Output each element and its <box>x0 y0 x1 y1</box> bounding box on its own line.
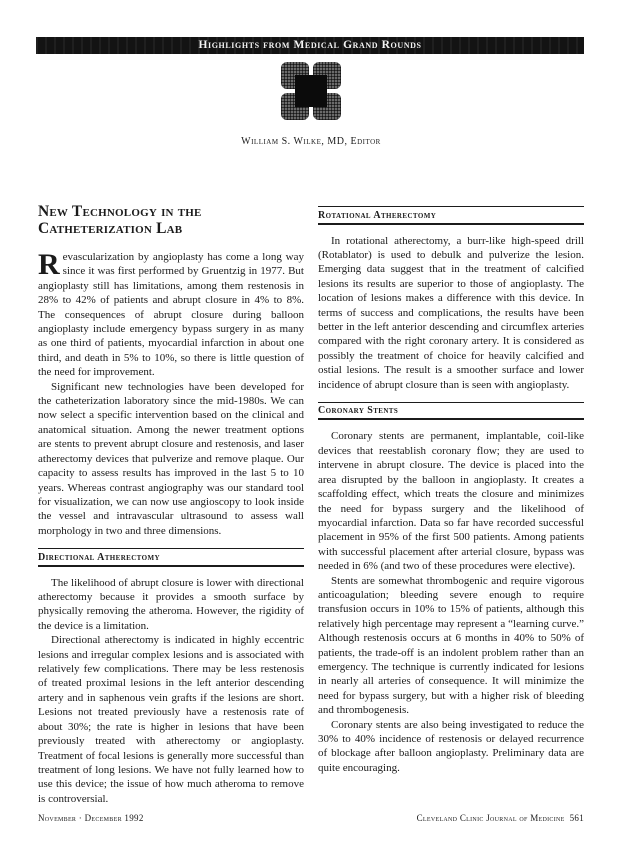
stents-paragraph-3: Coronary stents are also being investiga… <box>318 718 584 776</box>
journal-page: Highlights from Medical Grand Rounds Wil… <box>38 0 584 844</box>
footer-page-number: 561 <box>570 813 584 823</box>
footer-journal-name: Cleveland Clinic Journal of Medicine <box>417 813 565 823</box>
footer-journal-line: Cleveland Clinic Journal of Medicine561 <box>417 813 584 823</box>
intro-paragraph-1: Revascularization by angioplasty has com… <box>38 250 304 380</box>
checkered-cross-logo-icon <box>281 62 341 120</box>
stents-paragraph-1: Coronary stents are permanent, implantab… <box>318 429 584 573</box>
editor-byline: William S. Wilke, MD, Editor <box>38 136 584 147</box>
section-banner: Highlights from Medical Grand Rounds <box>36 37 584 54</box>
intro-paragraph-2: Significant new technologies have been d… <box>38 380 304 538</box>
right-column: Rotational Atherectomy In rotational ath… <box>318 203 584 806</box>
page-footer: November · December 1992 Cleveland Clini… <box>38 813 584 823</box>
intro-paragraph-1-text: evascularization by angioplasty has come… <box>38 251 304 378</box>
left-column: New Technology in the Catheterization La… <box>38 203 304 806</box>
footer-issue-date: November · December 1992 <box>38 813 144 823</box>
section-heading-rotational-atherectomy: Rotational Atherectomy <box>318 206 584 225</box>
rotational-paragraph-1: In rotational atherectomy, a burr-like h… <box>318 234 584 392</box>
section-heading-coronary-stents: Coronary Stents <box>318 402 584 421</box>
directional-paragraph-2: Directional atherectomy is indicated in … <box>38 633 304 806</box>
article-columns: New Technology in the Catheterization La… <box>38 203 584 806</box>
logo-center-square <box>295 75 327 107</box>
article-title: New Technology in the Catheterization La… <box>38 203 304 237</box>
stents-paragraph-2: Stents are somewhat thrombogenic and req… <box>318 574 584 718</box>
directional-paragraph-1: The likelihood of abrupt closure is lowe… <box>38 576 304 634</box>
drop-cap: R <box>38 250 63 277</box>
banner-title: Highlights from Medical Grand Rounds <box>198 39 421 51</box>
section-heading-directional-atherectomy: Directional Atherectomy <box>38 548 304 567</box>
